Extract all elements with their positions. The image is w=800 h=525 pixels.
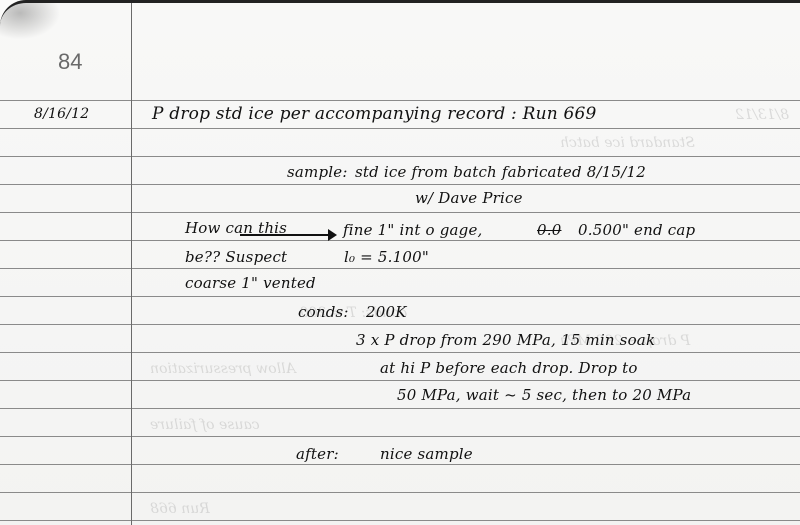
margin-note-3: coarse 1" vented <box>185 274 316 292</box>
ruled-line <box>0 184 800 185</box>
conds-value: 200K <box>366 303 407 321</box>
ruled-line <box>0 380 800 381</box>
conds-label: conds: <box>298 303 349 321</box>
procedure-line-1: 3 x P drop from 290 MPa, 15 min soak <box>356 331 655 349</box>
ruled-line <box>0 408 800 409</box>
ruled-line <box>0 128 800 129</box>
sample-text: std ice from batch fabricated 8/15/12 <box>355 163 646 181</box>
sample-label: sample: <box>287 163 348 181</box>
ruled-line <box>0 352 800 353</box>
ruled-line <box>0 240 800 241</box>
bleed-through-text: 8/13/12 <box>735 107 789 123</box>
ruled-line <box>0 296 800 297</box>
bleed-through-text: Standard ice batch <box>560 135 695 151</box>
arrow-icon <box>240 234 335 236</box>
ruled-line <box>0 492 800 493</box>
ruled-line <box>0 212 800 213</box>
ruled-line <box>0 100 800 101</box>
bleed-through-text: cause of failure <box>150 417 260 433</box>
procedure-line-2: at hi P before each drop. Drop to <box>380 359 638 377</box>
procedure-line-3: 50 MPa, wait ~ 5 sec, then to 20 MPa <box>397 386 691 404</box>
ruled-line <box>0 464 800 465</box>
after-label: after: <box>296 445 339 463</box>
margin-line <box>131 3 132 525</box>
notebook-page: 8/13/12 Standard ice batch conds: T = 20… <box>0 0 800 525</box>
ruled-line <box>0 520 800 521</box>
ruled-line <box>0 268 800 269</box>
gauge-text-a: fine 1" int o gage, <box>343 221 483 239</box>
entry-title: P drop std ice per accompanying record :… <box>152 104 597 124</box>
ruled-line <box>0 436 800 437</box>
ruled-line <box>0 156 800 157</box>
length-text: l₀ = 5.100" <box>344 248 429 266</box>
gauge-struck-text: 0.0 <box>537 221 561 239</box>
bleed-through-text: Allow pressurization <box>150 361 296 377</box>
ruled-line <box>0 324 800 325</box>
bleed-through-text: Run 668 <box>150 501 210 517</box>
page-number: 84 <box>58 49 82 75</box>
sample-with: w/ Dave Price <box>415 189 523 207</box>
margin-note-2: be?? Suspect <box>185 248 287 266</box>
after-value: nice sample <box>380 445 473 463</box>
gauge-text-b: 0.500" end cap <box>578 221 695 239</box>
entry-date: 8/16/12 <box>34 106 89 122</box>
